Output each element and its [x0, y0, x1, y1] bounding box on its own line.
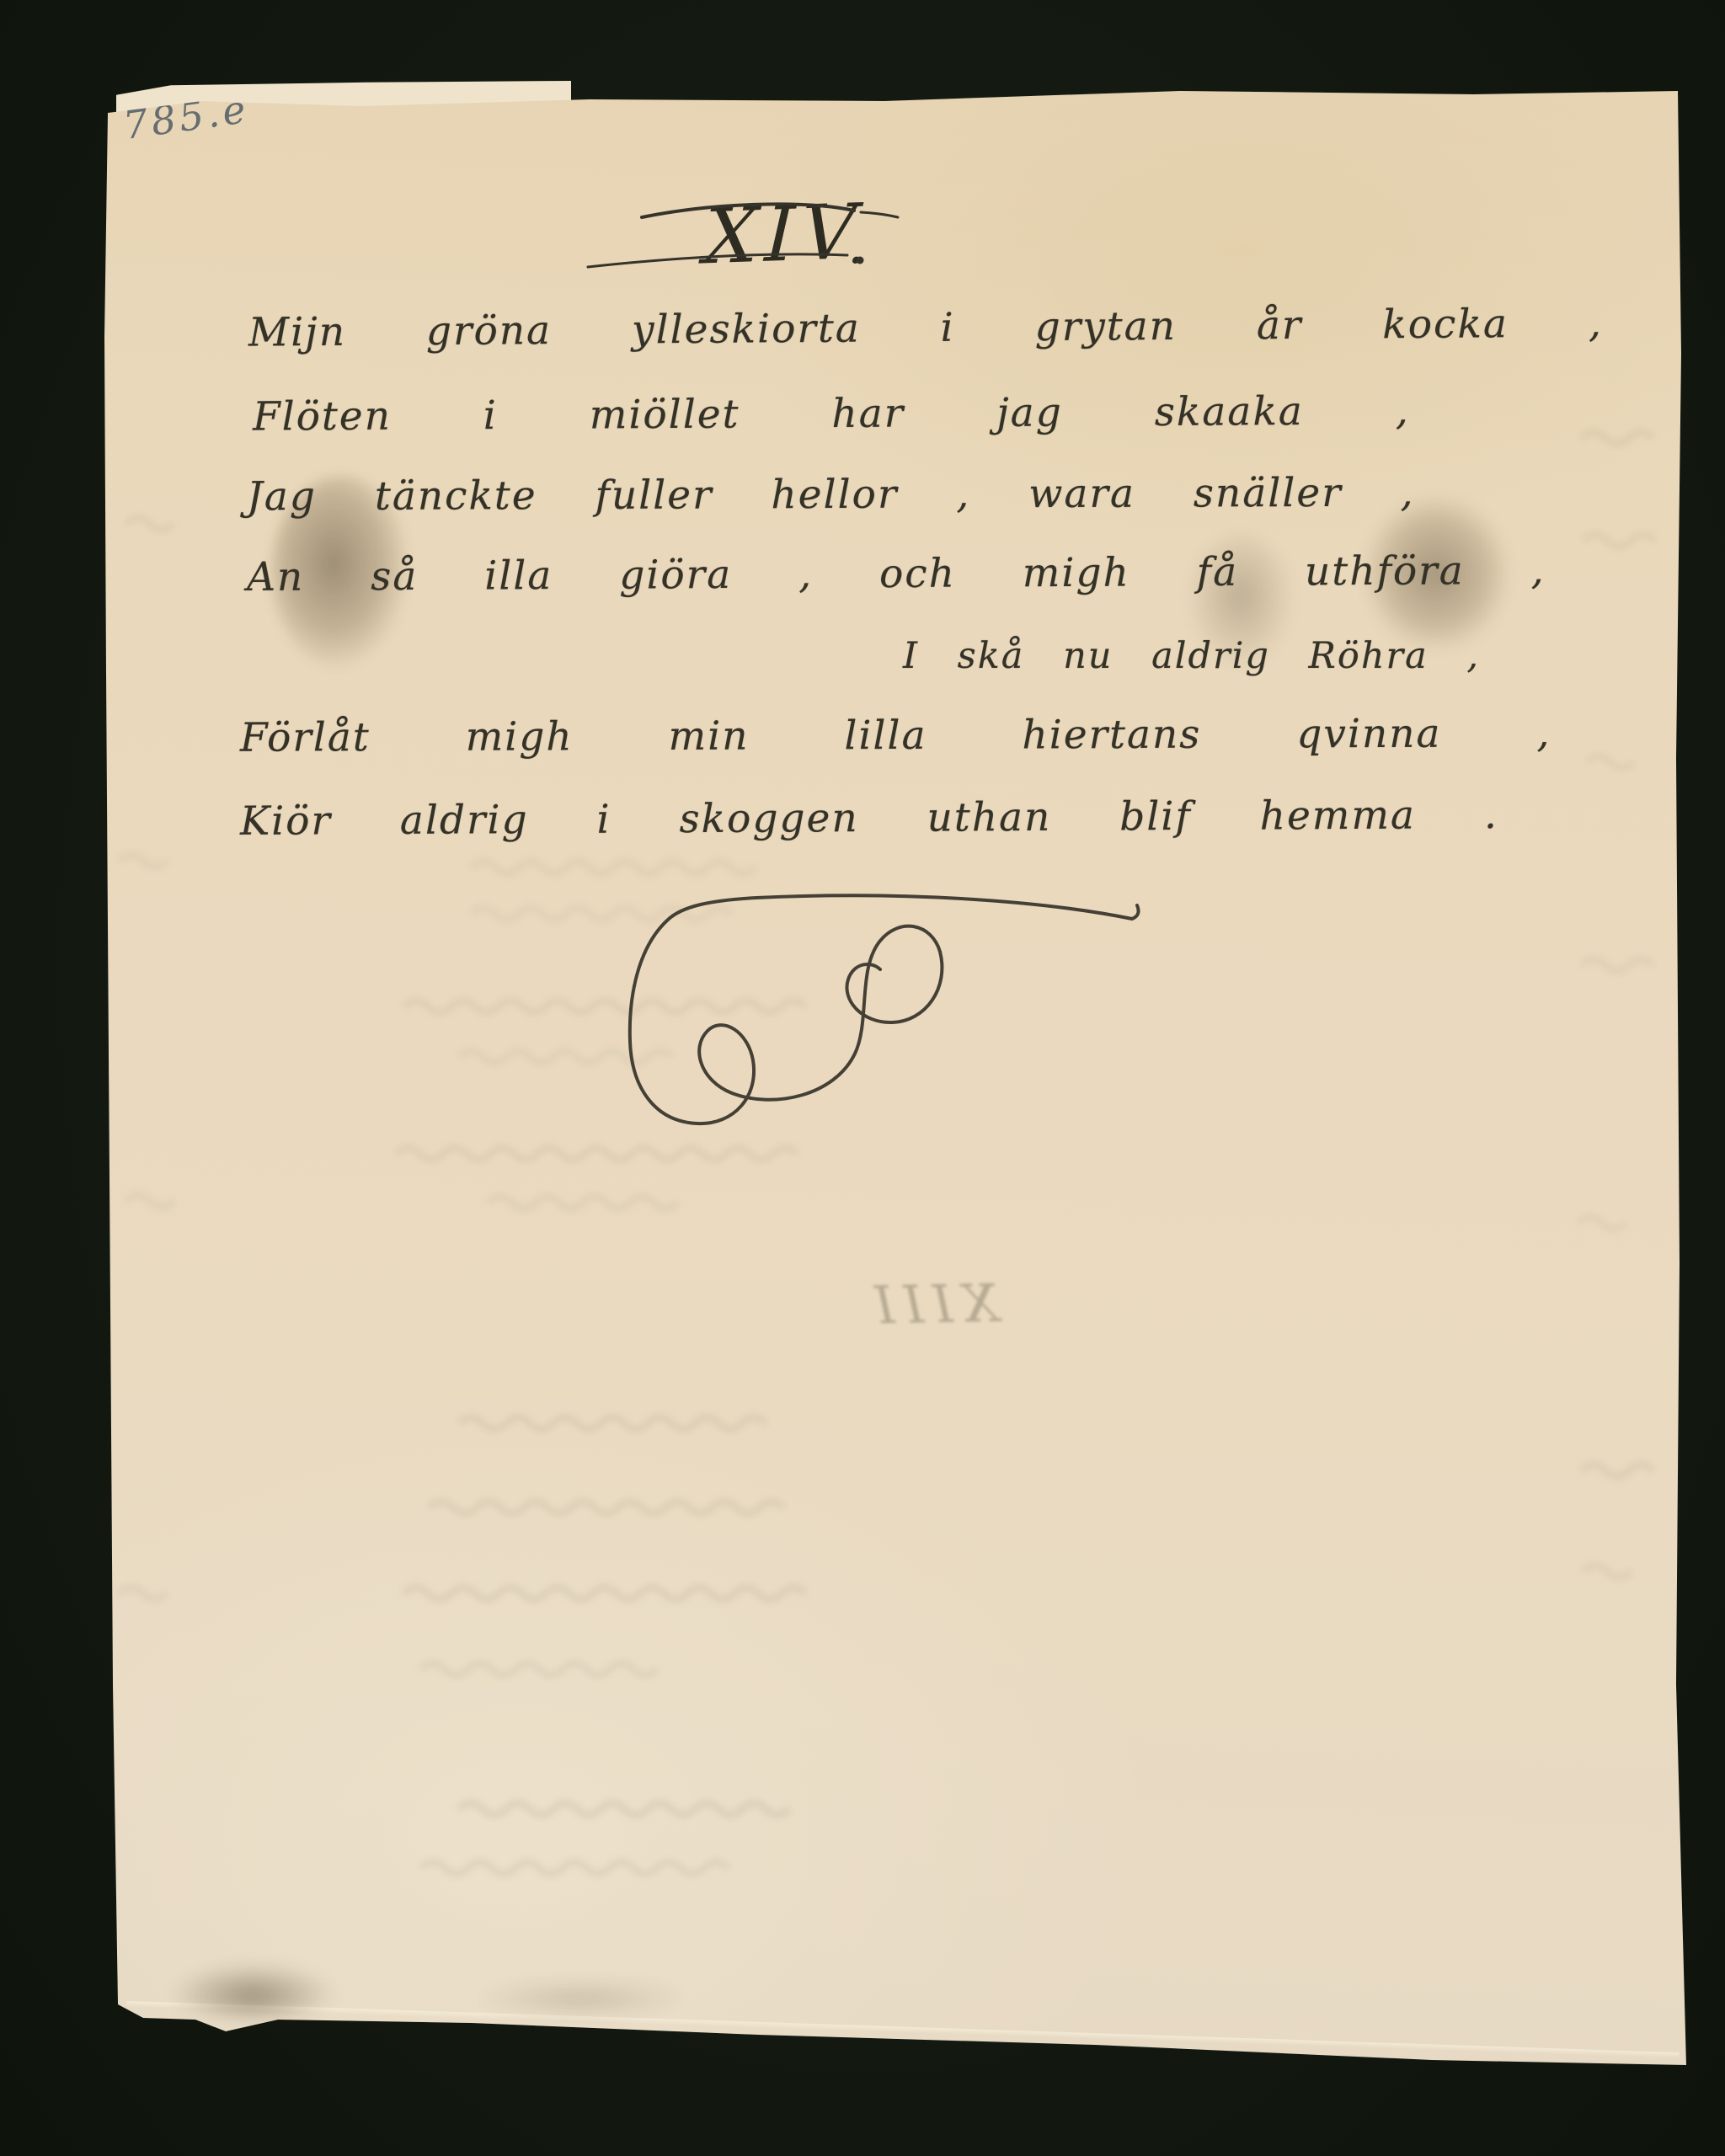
- photo-background: XIII 785.e XIV . Mijn gröna ylleskiorta …: [0, 0, 1725, 2156]
- ink-strokes-overlay: [0, 0, 1725, 2156]
- title-period-mark: [857, 257, 864, 264]
- title-overline-dash: [861, 212, 898, 217]
- pen-flourish: [630, 895, 1139, 1123]
- title-overline: [642, 204, 854, 217]
- manuscript-page: XIII 785.e XIV . Mijn gröna ylleskiorta …: [0, 0, 1725, 2156]
- title-underline: [588, 254, 847, 267]
